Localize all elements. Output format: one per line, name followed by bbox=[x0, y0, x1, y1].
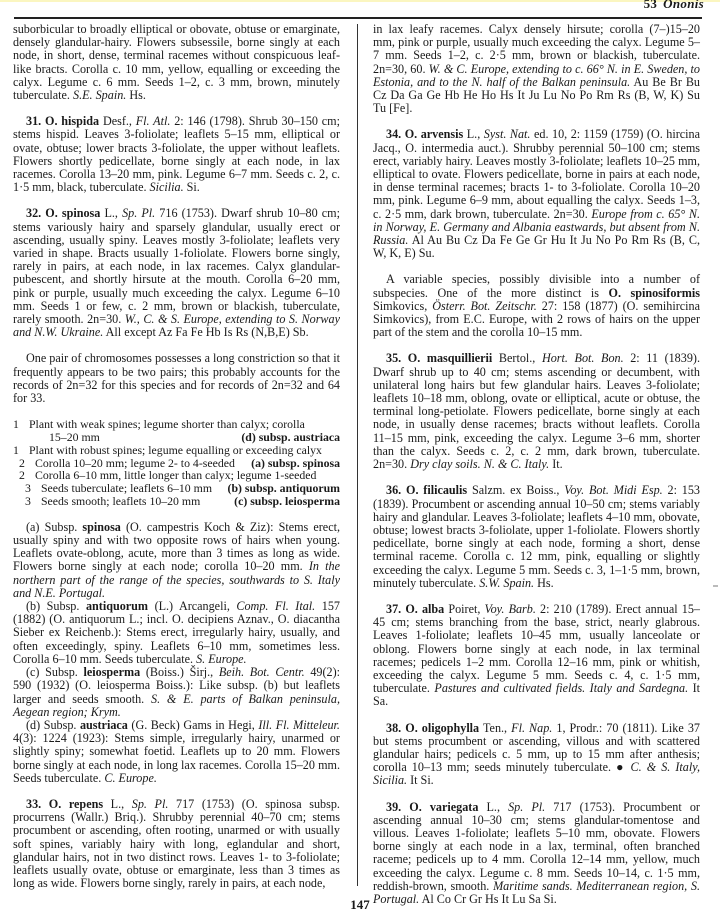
running-head: 53Ononis bbox=[644, 0, 704, 12]
species-name: O. masquillierii bbox=[408, 351, 493, 365]
genus-title: Ononis bbox=[663, 0, 704, 11]
page-number: 147 bbox=[0, 897, 720, 913]
variable-species-note: A variable species, possibly divisible i… bbox=[373, 273, 700, 339]
continuation-paragraph: in lax leafy racemes. Calyx densely hirs… bbox=[373, 23, 700, 115]
species-33-entry: 33. O. repens L., Sp. Pl. 717 (1753) (O.… bbox=[13, 798, 340, 890]
scan-edge-band bbox=[0, 0, 720, 2]
margin-mark bbox=[713, 585, 718, 587]
species-31-entry: 31. O. hispida Desf., Fl. Atl. 2: 146 (1… bbox=[13, 115, 340, 194]
species-name: O. variegata bbox=[409, 800, 478, 814]
species-34-entry: 34. O. arvensis L., Syst. Nat. ed. 10, 2… bbox=[373, 128, 700, 260]
species-39-entry: 39. O. variegata L., Sp. Pl. 717 (1753).… bbox=[373, 801, 700, 907]
species-36-entry: 36. O. filicaulis Salzm. ex Boiss., Voy.… bbox=[373, 484, 700, 590]
subspecies-c-entry: (c) Subsp. leiosperma (Boiss.) Širj., Be… bbox=[13, 666, 340, 719]
species-name: O. alba bbox=[405, 602, 444, 616]
species-37-entry: 37. O. alba Poiret, Voy. Barb. 2: 210 (1… bbox=[373, 603, 700, 709]
continuation-paragraph: suborbicular to broadly elliptical or ob… bbox=[13, 23, 340, 102]
species-name: O. repens bbox=[49, 797, 103, 811]
subspecies-b-entry: (b) Subsp. antiquorum (L.) Arcangeli, Co… bbox=[13, 600, 340, 666]
column-divider bbox=[357, 24, 358, 886]
chromosome-note: One pair of chromosomes possesses a long… bbox=[13, 352, 340, 405]
subspecies-a-entry: (a) Subsp. spinosa (O. campestris Koch &… bbox=[13, 521, 340, 600]
species-name: O. hispida bbox=[45, 114, 99, 128]
endemic-dot-icon: ● bbox=[616, 760, 625, 774]
species-name: O. spinosa bbox=[45, 206, 100, 220]
right-column: in lax leafy racemes. Calyx densely hirs… bbox=[373, 23, 700, 906]
species-32-entry: 32. O. spinosa L., Sp. Pl. 716 (1753). D… bbox=[13, 207, 340, 339]
subspecies-key: 1Plant with weak spines; legume shorter … bbox=[13, 418, 340, 508]
species-name: O. oligophylla bbox=[405, 721, 479, 735]
section-number: 53 bbox=[644, 0, 658, 11]
key-row: 3Seeds smooth; leaflets 10–20 mm(c) subs… bbox=[13, 495, 340, 508]
species-38-entry: 38. O. oligophylla Ten., Fl. Nap. 1, Pro… bbox=[373, 722, 700, 788]
header-rule bbox=[14, 17, 702, 19]
species-name: O. arvensis bbox=[405, 127, 464, 141]
species-name: O. filicaulis bbox=[406, 483, 467, 497]
species-35-entry: 35. O. masquillierii Bertol., Hort. Bot.… bbox=[373, 352, 700, 471]
left-column: suborbicular to broadly elliptical or ob… bbox=[13, 23, 340, 890]
subspecies-d-entry: (d) Subsp. austriaca (G. Beck) Gams in H… bbox=[13, 719, 340, 785]
